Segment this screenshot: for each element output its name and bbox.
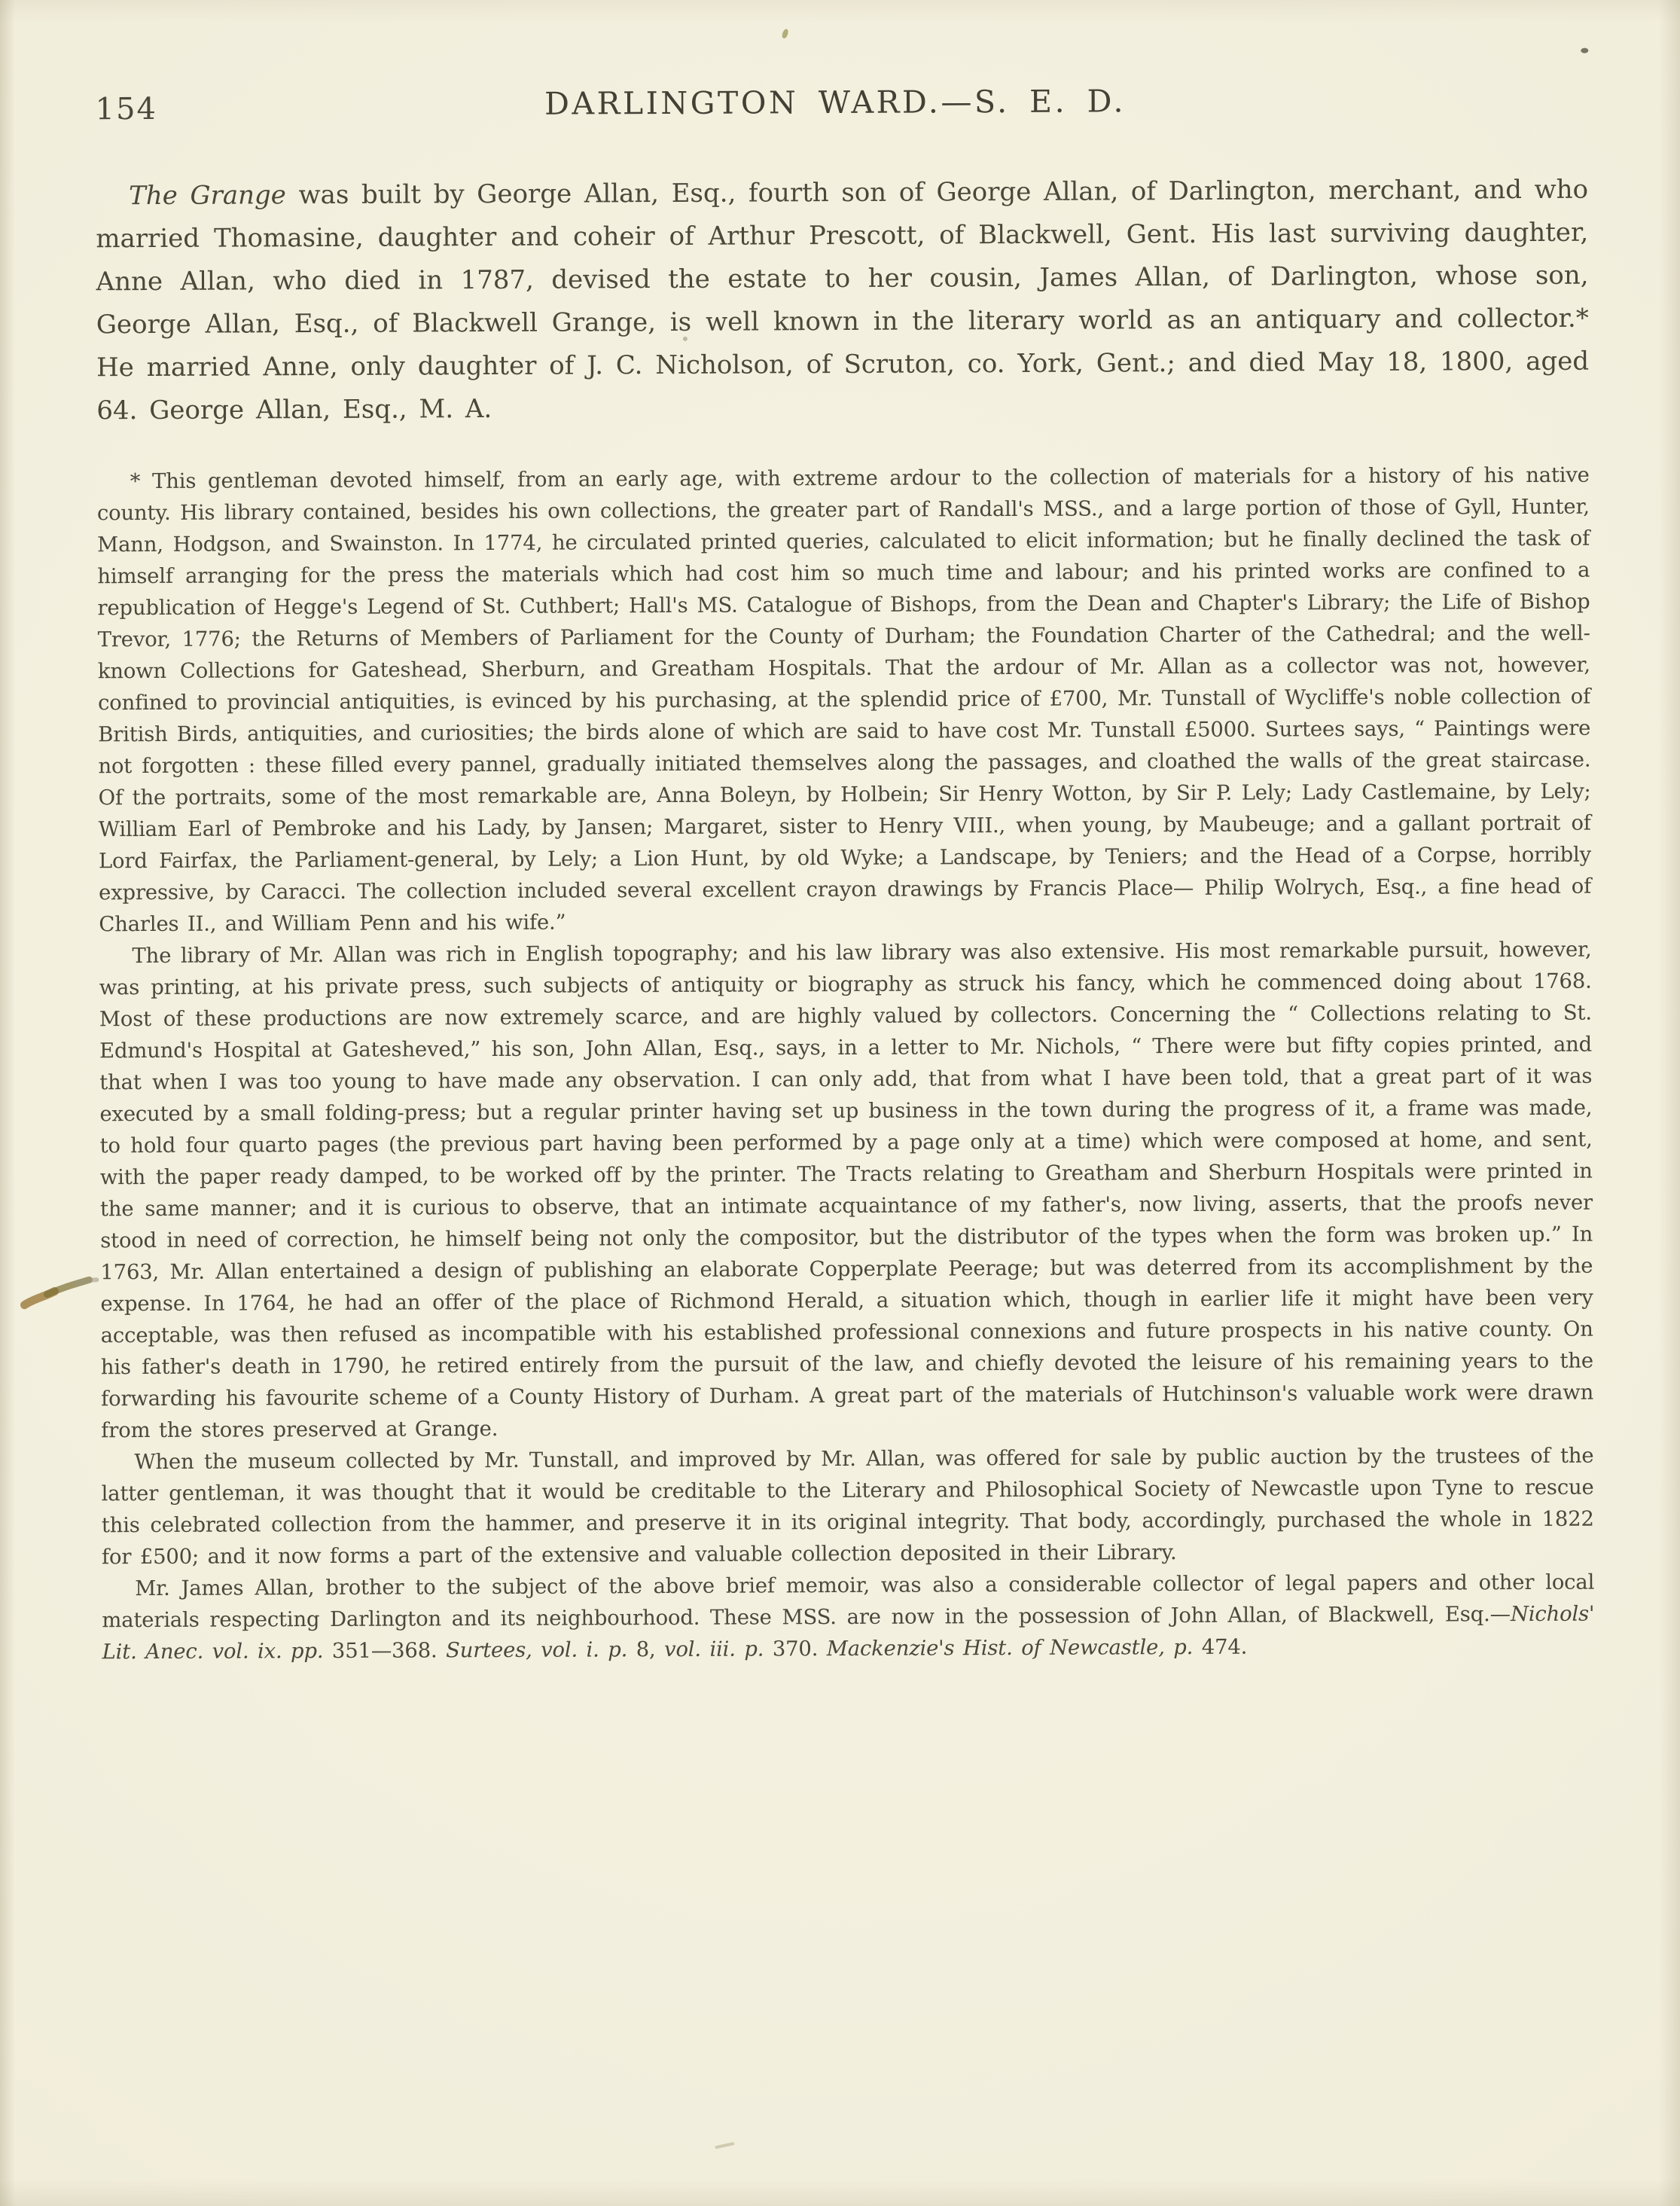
italic-text-segment: vol. iii. p. [664, 1637, 764, 1661]
italic-text-segment: Surtees, vol. i. p. [446, 1637, 627, 1662]
italic-text-segment: Mackenzie's Hist. of Newcastle, p. [827, 1635, 1194, 1661]
paper-speck [781, 29, 789, 40]
text-segment: The library of Mr. Allan was rich in Eng… [99, 938, 1594, 1443]
footnote-paragraph: When the museum collected by Mr. Tunstal… [101, 1440, 1594, 1573]
footnote-block: * This gentleman devoted himself, from a… [97, 459, 1595, 1668]
paper-speck [683, 337, 688, 341]
running-head: DARLINGTON WARD.—S. E. D. [0, 81, 1675, 124]
body-paragraph: The Grange was built by George Allan, Es… [96, 169, 1589, 433]
footnote-paragraph: * This gentleman devoted himself, from a… [97, 459, 1592, 941]
scanned-book-page: 154 DARLINGTON WARD.—S. E. D. The Grange… [0, 0, 1680, 2206]
page-content: 154 DARLINGTON WARD.—S. E. D. The Grange… [0, 0, 1680, 2206]
text-segment: 474. [1193, 1635, 1247, 1659]
text-segment: 370. [764, 1637, 827, 1661]
footnote-paragraph: The library of Mr. Allan was rich in Eng… [99, 934, 1593, 1447]
paper-speck [715, 2142, 734, 2149]
text-segment: 351—368. [323, 1638, 446, 1663]
italic-text-segment: The Grange [129, 180, 286, 211]
text-segment: * This gentleman devoted himself, from a… [97, 463, 1591, 937]
ink-squiggle-mark [17, 1255, 99, 1315]
text-segment: was built by George Allan, Esq., fourth … [96, 175, 1589, 426]
text-segment: 8, [627, 1637, 664, 1661]
text-segment: When the museum collected by Mr. Tunstal… [102, 1444, 1594, 1570]
text-segment: Mr. James Allan, brother to the subject … [102, 1570, 1594, 1633]
paper-speck [1581, 48, 1588, 53]
main-text-block: The Grange was built by George Allan, Es… [96, 169, 1589, 433]
footnote-paragraph: Mr. James Allan, brother to the subject … [102, 1567, 1595, 1668]
paper-speck [325, 1044, 330, 1048]
